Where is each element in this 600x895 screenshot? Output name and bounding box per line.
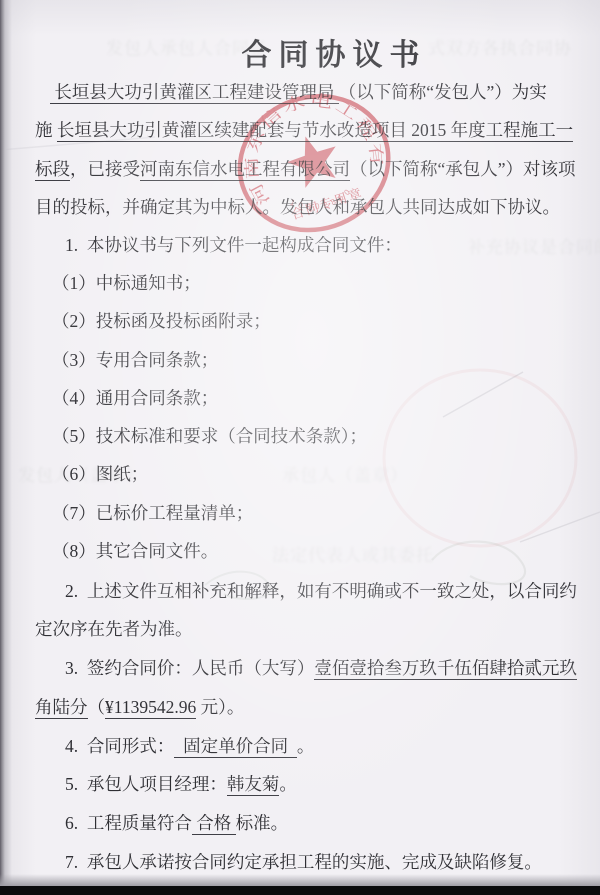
- scan-left-edge: [0, 0, 12, 895]
- document-title: 合同协议书: [34, 30, 600, 74]
- scan-bottom-shadow: [0, 874, 600, 886]
- scan-bottom-edge: [0, 886, 600, 895]
- scanned-contract-page: { "page": { "title": "合同协议书" }, "lines":…: [0, 0, 600, 895]
- paper-background: [0, 0, 600, 895]
